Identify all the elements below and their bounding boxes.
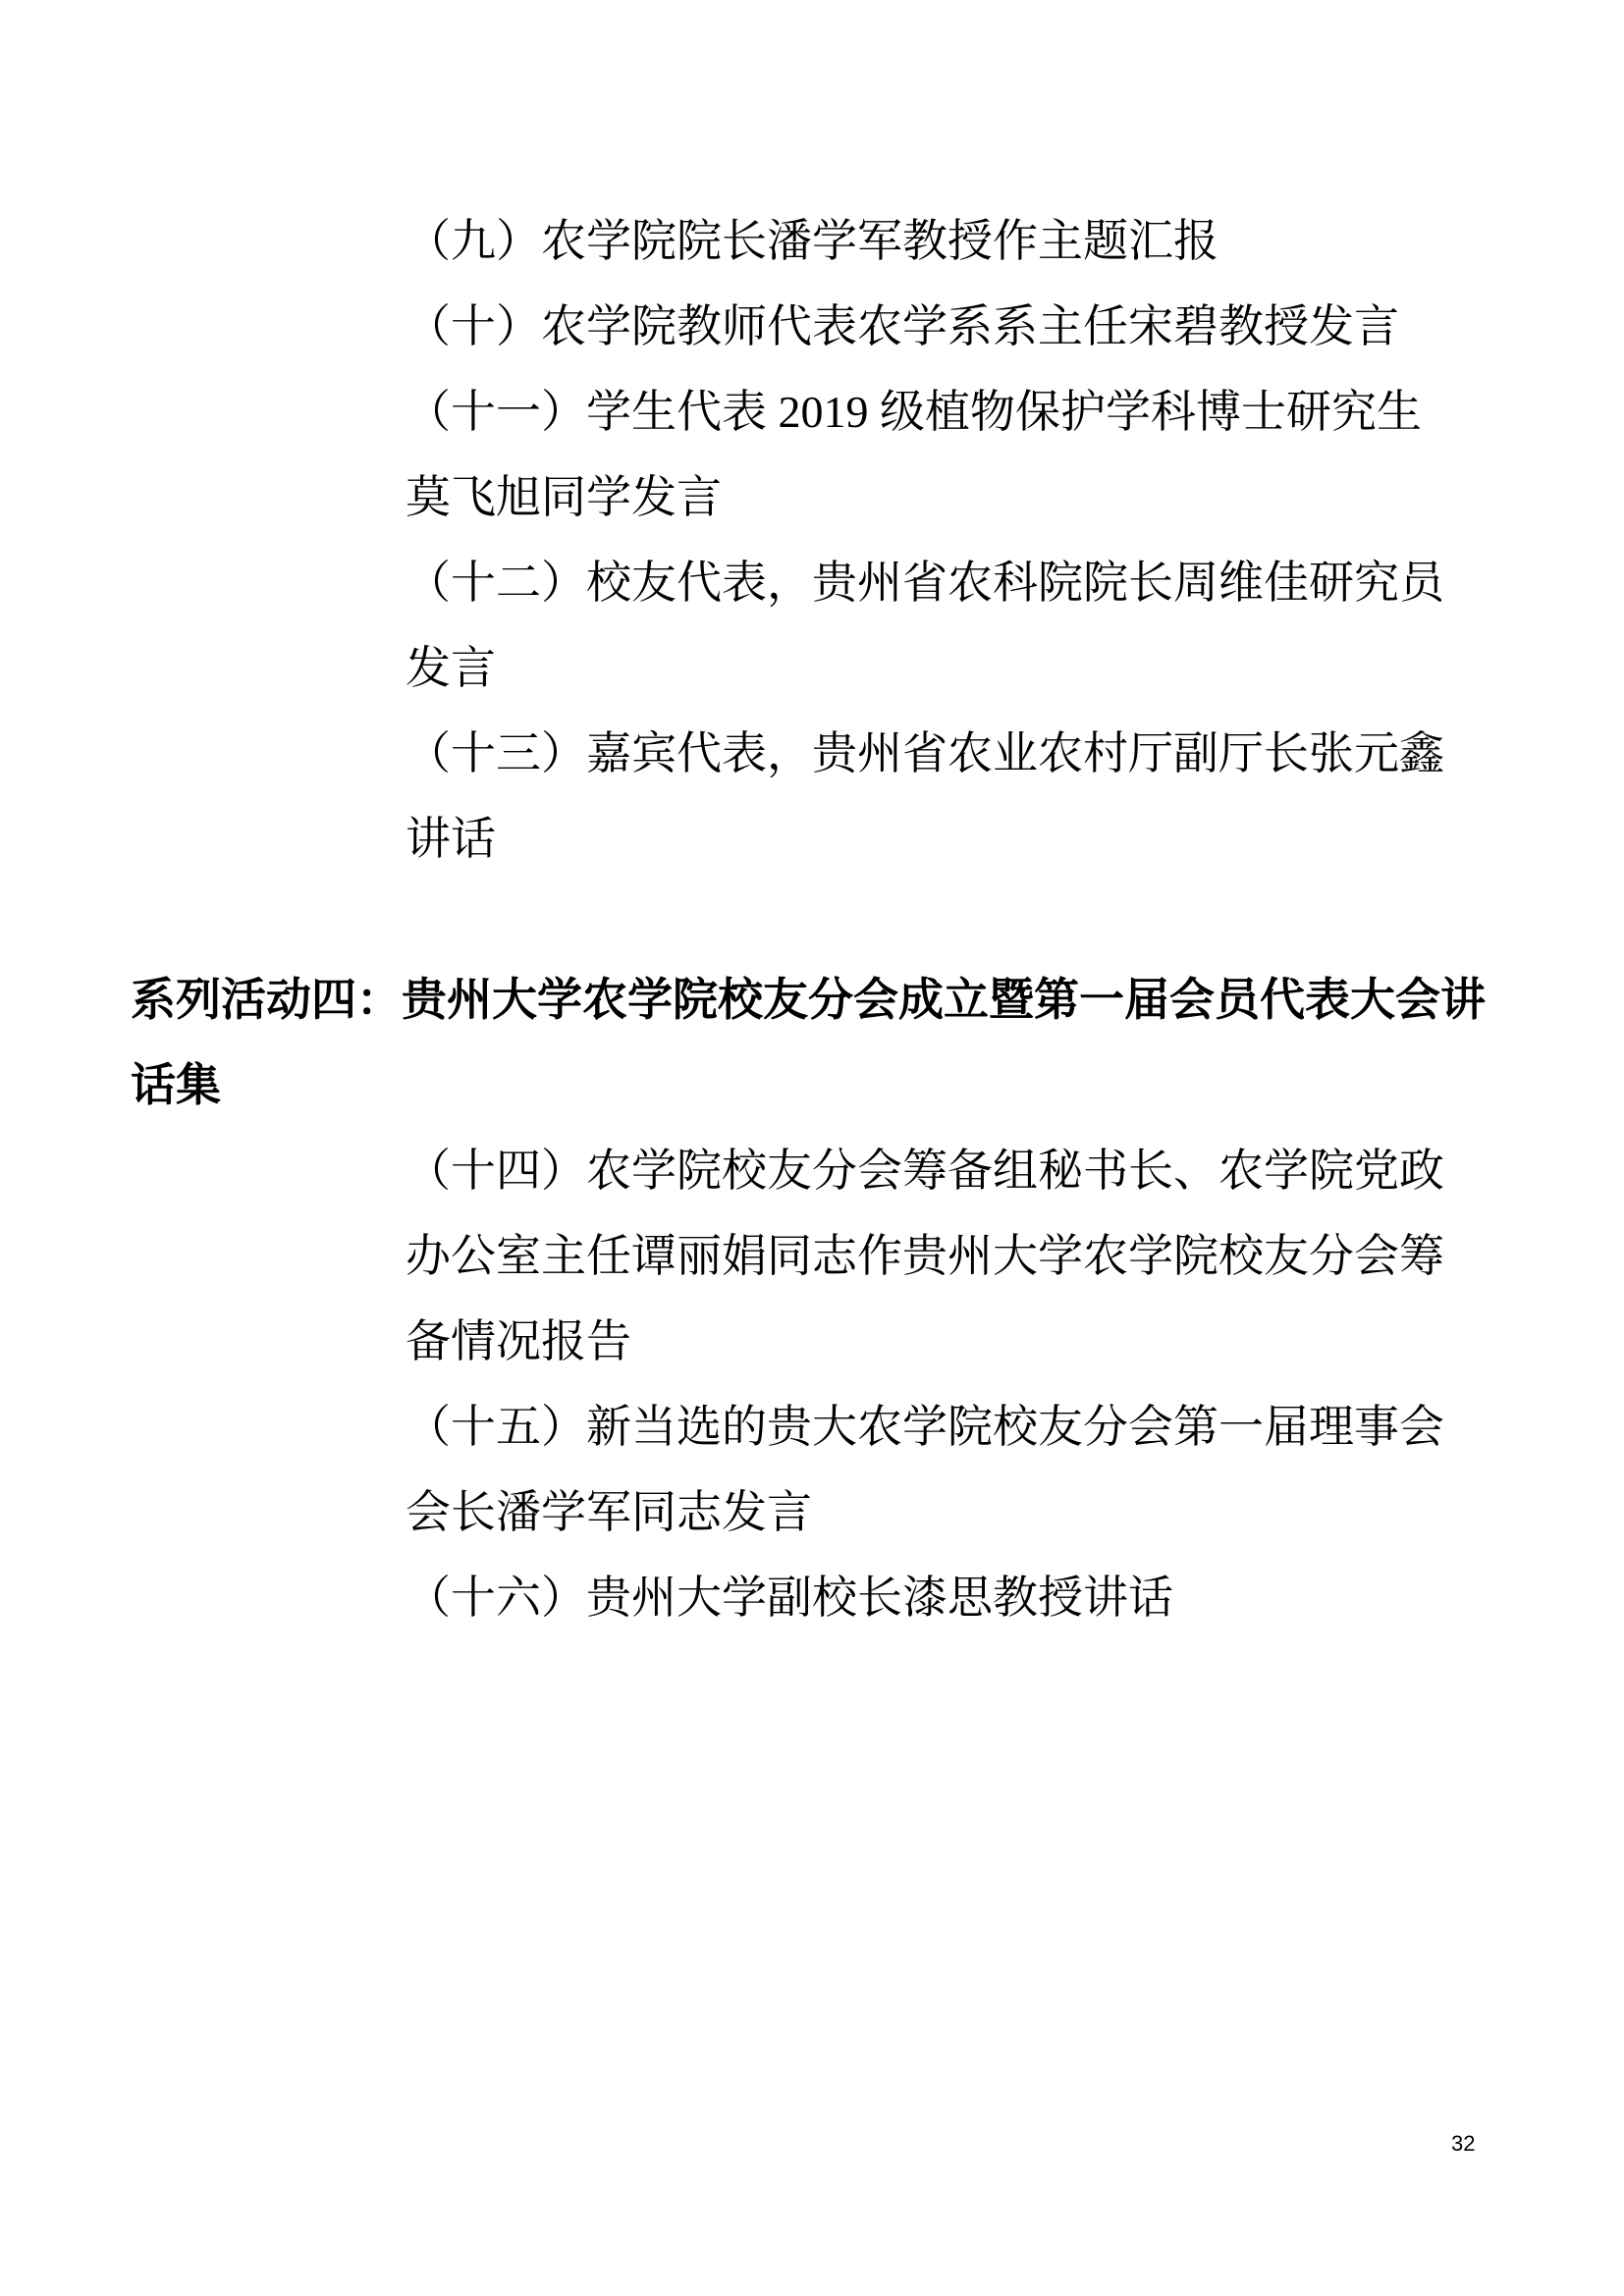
page-number: 32 xyxy=(1451,2130,1475,2158)
text-line: （十二）校友代表，贵州省农科院院长周维佳研究员 xyxy=(406,540,1495,625)
text-line: 发言 xyxy=(406,625,1495,711)
text-line: （十四）农学院校友分会筹备组秘书长、农学院党政 xyxy=(406,1128,1495,1213)
heading-line: 话集 xyxy=(131,1042,1495,1128)
section-heading-series-activity-4: 系列活动四：贵州大学农学院校友分会成立暨第一届会员代表大会讲 话集 xyxy=(131,957,1495,1128)
document-body: （九）农学院院长潘学军教授作主题汇报 （十）农学院教师代表农学系系主任宋碧教授发… xyxy=(131,198,1495,1640)
agenda-item-15: （十五）新当选的贵大农学院校友分会第一届理事会 会长潘学军同志发言 xyxy=(406,1384,1495,1555)
agenda-item-11: （十一）学生代表 2019 级植物保护学科博士研究生 莫飞旭同学发言 xyxy=(406,369,1495,540)
text-line: （十）农学院教师代表农学系系主任宋碧教授发言 xyxy=(406,284,1495,369)
text-line: （十三）嘉宾代表，贵州省农业农村厅副厅长张元鑫 xyxy=(406,711,1495,796)
agenda-item-09: （九）农学院院长潘学军教授作主题汇报 xyxy=(406,198,1495,284)
agenda-item-10: （十）农学院教师代表农学系系主任宋碧教授发言 xyxy=(406,284,1495,369)
agenda-item-14: （十四）农学院校友分会筹备组秘书长、农学院党政 办公室主任谭丽娟同志作贵州大学农… xyxy=(406,1128,1495,1384)
text-line: （十六）贵州大学副校长漆思教授讲话 xyxy=(406,1555,1495,1640)
agenda-item-16: （十六）贵州大学副校长漆思教授讲话 xyxy=(406,1555,1495,1640)
agenda-item-12: （十二）校友代表，贵州省农科院院长周维佳研究员 发言 xyxy=(406,540,1495,711)
document-page: （九）农学院院长潘学军教授作主题汇报 （十）农学院教师代表农学系系主任宋碧教授发… xyxy=(0,0,1624,2296)
text-line: 办公室主任谭丽娟同志作贵州大学农学院校友分会筹 xyxy=(406,1213,1495,1299)
text-line: 会长潘学军同志发言 xyxy=(406,1469,1495,1555)
text-line: （十五）新当选的贵大农学院校友分会第一届理事会 xyxy=(406,1384,1495,1469)
heading-line: 系列活动四：贵州大学农学院校友分会成立暨第一届会员代表大会讲 xyxy=(131,957,1495,1042)
text-line: （十一）学生代表 2019 级植物保护学科博士研究生 xyxy=(406,369,1495,454)
agenda-item-13: （十三）嘉宾代表，贵州省农业农村厅副厅长张元鑫 讲话 xyxy=(406,711,1495,881)
text-line: 讲话 xyxy=(406,796,1495,881)
text-line: （九）农学院院长潘学军教授作主题汇报 xyxy=(406,198,1495,284)
text-line: 备情况报告 xyxy=(406,1299,1495,1384)
text-line: 莫飞旭同学发言 xyxy=(406,454,1495,540)
